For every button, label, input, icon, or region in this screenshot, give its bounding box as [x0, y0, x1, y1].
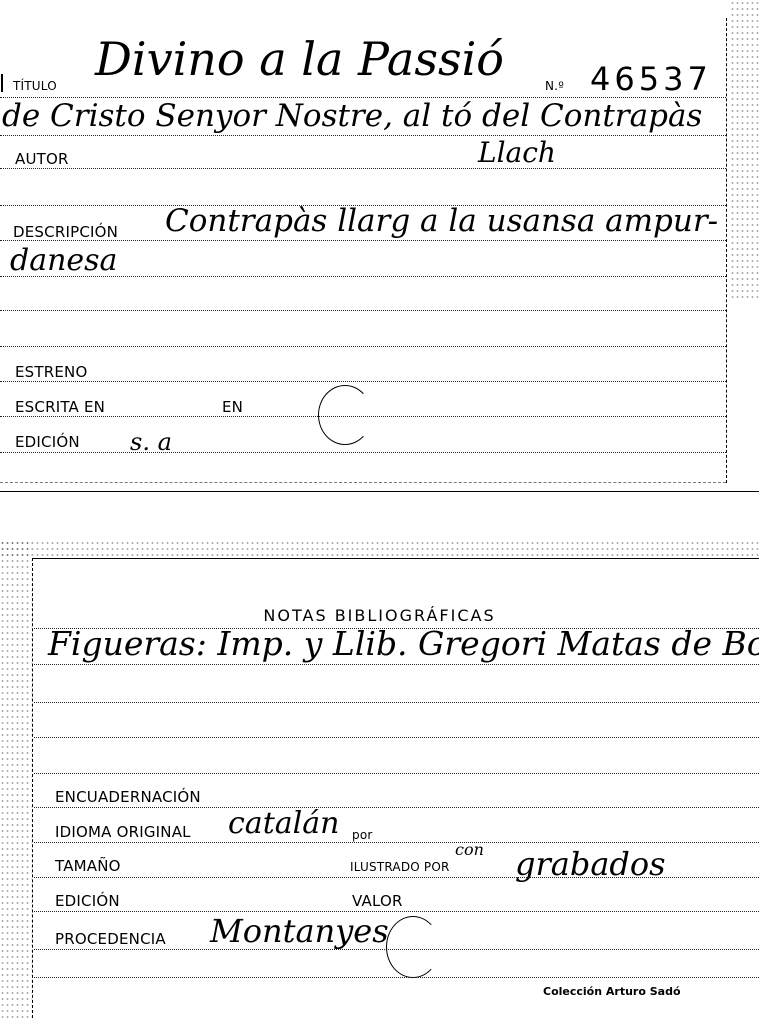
edicion-label: EDICIÓN: [15, 433, 80, 451]
card-left-border: [32, 558, 33, 1018]
card-right-border: [726, 18, 727, 483]
descripcion-value-line2: danesa: [10, 243, 117, 278]
tamano-label: TAMAÑO: [55, 857, 121, 875]
blank-rule-2: [0, 310, 726, 311]
autor-value: Llach: [478, 136, 556, 169]
notas-value: Figueras: Imp. y Llib. Gregori Matas de …: [48, 624, 759, 663]
autor-rule: [0, 168, 726, 169]
descripcion-value-line1: Contrapàs llarg a la usansa ampur-: [165, 203, 718, 239]
idioma-value: catalán: [228, 806, 339, 841]
procedencia-label: PROCEDENCIA: [55, 930, 166, 948]
catalog-card-bottom: NOTAS BIBLIOGRÁFICAS Figueras: Imp. y Ll…: [0, 540, 759, 1028]
notas-rule-3: [34, 702, 759, 703]
notas-heading: NOTAS BIBLIOGRÁFICAS: [0, 606, 759, 625]
en-label: EN: [222, 398, 243, 416]
card-top-edge: [32, 558, 759, 559]
edicion-rule: [0, 452, 726, 453]
scan-noise-top: [0, 540, 759, 558]
edicion-rule-bottom: [34, 911, 759, 912]
blank-rule-3: [0, 346, 726, 347]
notas-rule-5: [34, 773, 759, 774]
punch-hole-mark: [318, 385, 372, 445]
valor-label: VALOR: [352, 892, 403, 910]
margin-mark: [1, 74, 3, 92]
numero-label: N.º: [545, 79, 564, 93]
collection-footer: Colección Arturo Sadó: [543, 985, 681, 998]
encuadernacion-label: ENCUADERNACIÓN: [55, 788, 201, 806]
escrita-en-label: ESCRITA EN: [15, 398, 105, 416]
titulo-value-line2: de Cristo Senyor Nostre, al tó del Contr…: [2, 98, 702, 134]
notas-rule-2: [34, 664, 759, 665]
titulo-rule-2: [0, 135, 726, 136]
titulo-label: TÍTULO: [13, 79, 57, 93]
autor-label: AUTOR: [15, 150, 69, 168]
tamano-rule: [34, 877, 759, 878]
edicion-label-bottom: EDICIÓN: [55, 892, 120, 910]
notas-rule-4: [34, 737, 759, 738]
blank-rule-bottom: [34, 977, 759, 978]
procedencia-value: Montanyes: [210, 912, 389, 950]
ilustrado-label: ILUSTRADO POR: [350, 860, 450, 874]
scan-noise: [730, 0, 759, 300]
catalog-card-top: TÍTULO Divino a la Passió N.º 46537 de C…: [0, 0, 759, 495]
descripcion-rule: [0, 240, 726, 241]
blank-rule-4: [0, 482, 726, 483]
encuadernacion-rule: [34, 807, 759, 808]
estreno-rule: [0, 381, 726, 382]
estreno-label: ESTRENO: [15, 363, 88, 381]
descripcion-rule-2: [0, 276, 726, 277]
por-label: por: [352, 828, 373, 842]
descripcion-label: DESCRIPCIÓN: [13, 223, 118, 241]
idioma-rule: [34, 842, 759, 843]
card-bottom-edge: [0, 491, 759, 492]
numero-value: 46537: [590, 60, 712, 98]
titulo-value-line1: Divino a la Passió: [95, 32, 504, 86]
punch-hole-mark-bottom: [386, 916, 440, 978]
ilustrado-correction: con: [455, 840, 484, 859]
idioma-label: IDIOMA ORIGINAL: [55, 823, 191, 841]
